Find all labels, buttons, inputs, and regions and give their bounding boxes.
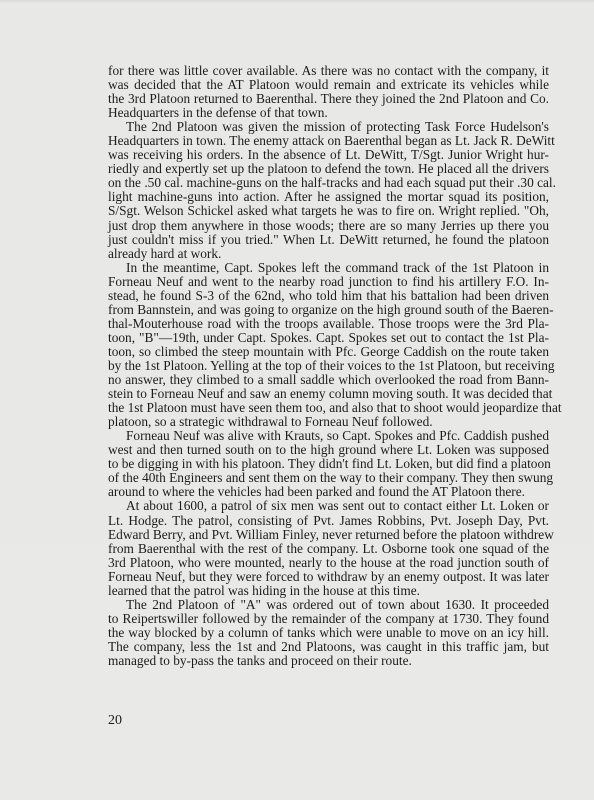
text-line: of the 40th Engineers and sent them on t… [108,471,549,485]
text-line: learned that the patrol was hiding in th… [108,584,549,598]
text-line: the 1st Platoon must have seen them too,… [108,401,549,415]
paragraph: The 2nd Platoon was given the mission of… [108,120,549,260]
text-line: to be digging in with his platoon. They … [108,457,549,471]
text-line: Edward Berry, and Pvt. William Finley, n… [108,528,549,542]
page-number: 20 [108,713,122,729]
paragraph: In the meantime, Capt. Spokes left the c… [108,261,549,430]
text-line: riedly and expertly set up the platoon t… [108,162,549,176]
text-line: just drop them anywhere in those woods; … [108,219,549,233]
text-line: The company, less the 1st and 2nd Platoo… [108,640,549,654]
text-line: no answer, they climbed to a small saddl… [108,373,549,387]
text-line: thal-Mouterhouse road with the troops av… [108,317,549,331]
text-line: the 3rd Platoon returned to Baerenthal. … [108,92,549,106]
text-line: already hard at work. [108,247,549,261]
text-line: The 2nd Platoon was given the mission of… [108,120,549,134]
text-line: Forneau Neuf, but they were forced to wi… [108,570,549,584]
paragraph: for there was little cover available. As… [108,64,549,120]
text-line: for there was little cover available. As… [108,64,549,78]
text-line: In the meantime, Capt. Spokes left the c… [108,261,549,275]
text-line: 3rd Platoon, who were mounted, nearly to… [108,556,549,570]
text-line: managed to by-pass the tanks and proceed… [108,654,549,668]
paragraph: At about 1600, a patrol of six men was s… [108,499,549,597]
text-line: west and then turned south on to the hig… [108,443,549,457]
text-line: toon, "B"—19th, under Capt. Spokes. Capt… [108,331,549,345]
text-line: just couldn't miss if you tried." When L… [108,233,549,247]
text-line: the way blocked by a column of tanks whi… [108,626,549,640]
text-line: stead, he found S-3 of the 62nd, who tol… [108,289,549,303]
text-line: Forneau Neuf and went to the nearby road… [108,275,549,289]
text-line: was receiving his orders. In the absence… [108,148,549,162]
text-line: Headquarters in town. The enemy attack o… [108,134,549,148]
text-line: The 2nd Platoon of "A" was ordered out o… [108,598,549,612]
text-line: from Baerenthal with the rest of the com… [108,542,549,556]
text-line: around to where the vehicles had been pa… [108,485,549,499]
text-line: At about 1600, a patrol of six men was s… [108,499,549,513]
paragraph: The 2nd Platoon of "A" was ordered out o… [108,598,549,668]
text-line: from Bannstein, and was going to organiz… [108,303,549,317]
text-line: Lt. Hodge. The patrol, consisting of Pvt… [108,514,549,528]
text-line: on the .50 cal. machine-guns on the half… [108,176,549,190]
text-line: to Reipertswiller followed by the remain… [108,612,549,626]
text-line: platoon, so a strategic withdrawal to Fo… [108,415,549,429]
body-text: for there was little cover available. As… [108,64,549,668]
text-line: S/Sgt. Welson Schickel asked what target… [108,204,549,218]
text-line: toon, so climbed the steep mountain with… [108,345,549,359]
text-line: stein to Forneau Neuf and saw an enemy c… [108,387,549,401]
paragraph: Forneau Neuf was alive with Krauts, so C… [108,429,549,499]
text-line: light machine-guns into action. After he… [108,190,549,204]
text-line: by the 1st Platoon. Yelling at the top o… [108,359,549,373]
text-line: Headquarters in the defense of that town… [108,106,549,120]
text-line: was decided that the AT Platoon would re… [108,78,549,92]
text-line: Forneau Neuf was alive with Krauts, so C… [108,429,549,443]
scanned-page: for there was little cover available. As… [0,0,594,800]
